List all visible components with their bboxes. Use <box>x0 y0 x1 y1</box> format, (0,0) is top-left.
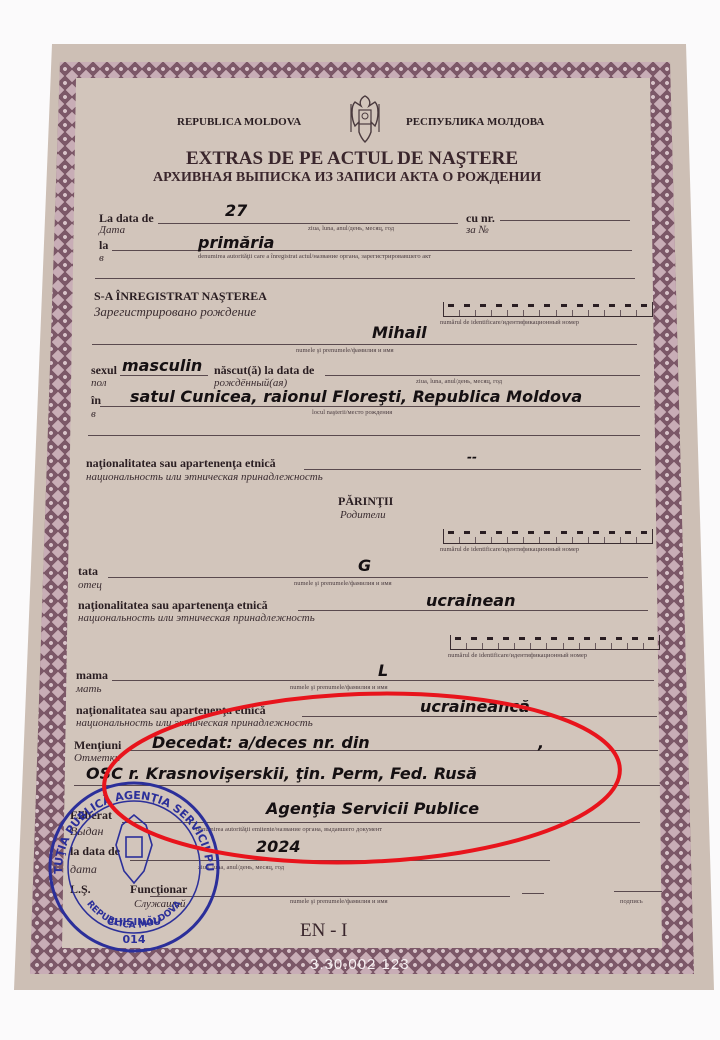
child-id-number-box <box>443 302 653 317</box>
moldova-coat-of-arms-icon <box>345 92 385 144</box>
mother-id-hint: numărul de identificare/идентификационны… <box>448 652 587 659</box>
notes-label-ru: Отметки <box>74 752 120 764</box>
document-title-ru: АРХИВНАЯ ВЫПИСКА ИЗ ЗАПИСИ АКТА О РОЖДЕН… <box>153 170 541 186</box>
child-nationality-label-ru: национальность или этническая принадлежн… <box>86 471 323 483</box>
mother-nationality-value: ucraineancă <box>420 697 530 716</box>
sex-label-ro: sexul <box>91 363 117 378</box>
father-label-ro: tata <box>78 564 98 579</box>
father-nationality-value: ucrainean <box>426 591 515 610</box>
serial-number: 3.30.002 123 <box>310 956 410 973</box>
father-id-number-box <box>443 529 653 544</box>
birth-section-ro: S-A ÎNREGISTRAT NAŞTEREA <box>94 289 267 304</box>
date-label-ru: Дата <box>99 224 125 236</box>
birth-section-ru: Зарегистрировано рождение <box>94 304 256 320</box>
official-name-hint: numele şi prenumele/фамилия и имя <box>290 898 388 905</box>
child-name-value: Mihail <box>372 323 427 342</box>
child-nationality-value: -- <box>467 450 477 464</box>
registration-authority-value: primăria <box>198 233 274 252</box>
mother-nationality-label-ru: национальность или этническая принадлежн… <box>76 717 313 729</box>
born-date-hint: ziua, luna, anul/день, месяц, год <box>416 378 502 385</box>
issuer-value: Agenţia Servicii Publice <box>266 799 479 818</box>
header-country-ro: REPUBLICA MOLDOVA <box>177 116 301 128</box>
registration-date-value: 27 <box>225 201 247 220</box>
authority-hint: denumirea autorităţii care a înregistrat… <box>198 253 431 260</box>
header-country-ru: РЕСПУБЛИКА МОЛДОВА <box>406 116 544 128</box>
place-label-ru: в <box>91 408 96 420</box>
mother-id-number-box <box>450 635 660 650</box>
father-nationality-label-ru: национальность или этническая принадлежн… <box>78 612 315 624</box>
date-hint: ziua, luna, anul/день, месяц, год <box>308 225 394 232</box>
mother-label-ro: mama <box>76 668 108 683</box>
number-label-ru: за № <box>466 224 489 236</box>
signature-hint: подпись <box>620 898 643 905</box>
mother-name-hint: numele şi prenumele/фамилия и имя <box>290 684 388 691</box>
authority-label-ro: la <box>99 238 108 253</box>
born-label-ro: născut(ă) la data de <box>214 363 314 378</box>
sex-label-ru: пол <box>91 377 107 389</box>
official-stamp-icon: INSTITUŢIA PUBLICĂ AGENŢIA SERVICII PUBL… <box>40 775 228 955</box>
mother-name-value: L <box>378 661 388 680</box>
father-label-ru: отец <box>78 579 102 591</box>
father-nationality-label-ro: naţionalitatea sau apartenenţa etnică <box>78 598 268 613</box>
birth-place-value: satul Cunicea, raionul Floreşti, Republi… <box>130 387 582 406</box>
father-id-hint: numărul de identificare/идентификационны… <box>440 546 579 553</box>
birth-place-hint: locul naşterii/место рождения <box>312 409 392 416</box>
stamp-outer-text: INSTITUŢIA PUBLICĂ AGENŢIA SERVICII PUBL… <box>40 775 216 874</box>
issue-date-value: 2024 <box>256 837 301 856</box>
child-nationality-label-ro: naţionalitatea sau apartenenţa etnică <box>86 456 276 471</box>
document-title-ro: EXTRAS DE PE ACTUL DE NAŞTERE <box>186 148 518 170</box>
mother-label-ru: мать <box>76 683 101 695</box>
notes-line-1-end: , <box>538 733 544 752</box>
sex-value: masculin <box>122 356 202 375</box>
father-name-value: G <box>358 556 371 575</box>
stamp-code: 014 <box>123 933 146 946</box>
form-code: EN - I <box>300 920 347 942</box>
authority-label-ru: в <box>99 252 104 264</box>
parents-section-ru: Родители <box>340 509 386 521</box>
child-name-hint: numele şi prenumele/фамилия и имя <box>296 347 394 354</box>
svg-text:INSTITUŢIA PUBLICĂ AGENŢIA SER: INSTITUŢIA PUBLICĂ AGENŢIA SERVICII PUBL… <box>40 775 216 874</box>
mother-nationality-label-ro: naţionalitatea sau apartenenţa etnică <box>76 703 266 718</box>
father-name-hint: numele şi prenumele/фамилия и имя <box>294 580 392 587</box>
parents-section-ro: PĂRINŢII <box>338 494 393 509</box>
notes-label-ro: Menţiuni <box>74 738 121 753</box>
notes-line-1: Decedat: a/deces nr. din <box>152 733 370 752</box>
stamp-city: CHIŞINĂU <box>107 915 161 928</box>
child-id-hint: numărul de identificare/идентификационны… <box>440 319 579 326</box>
